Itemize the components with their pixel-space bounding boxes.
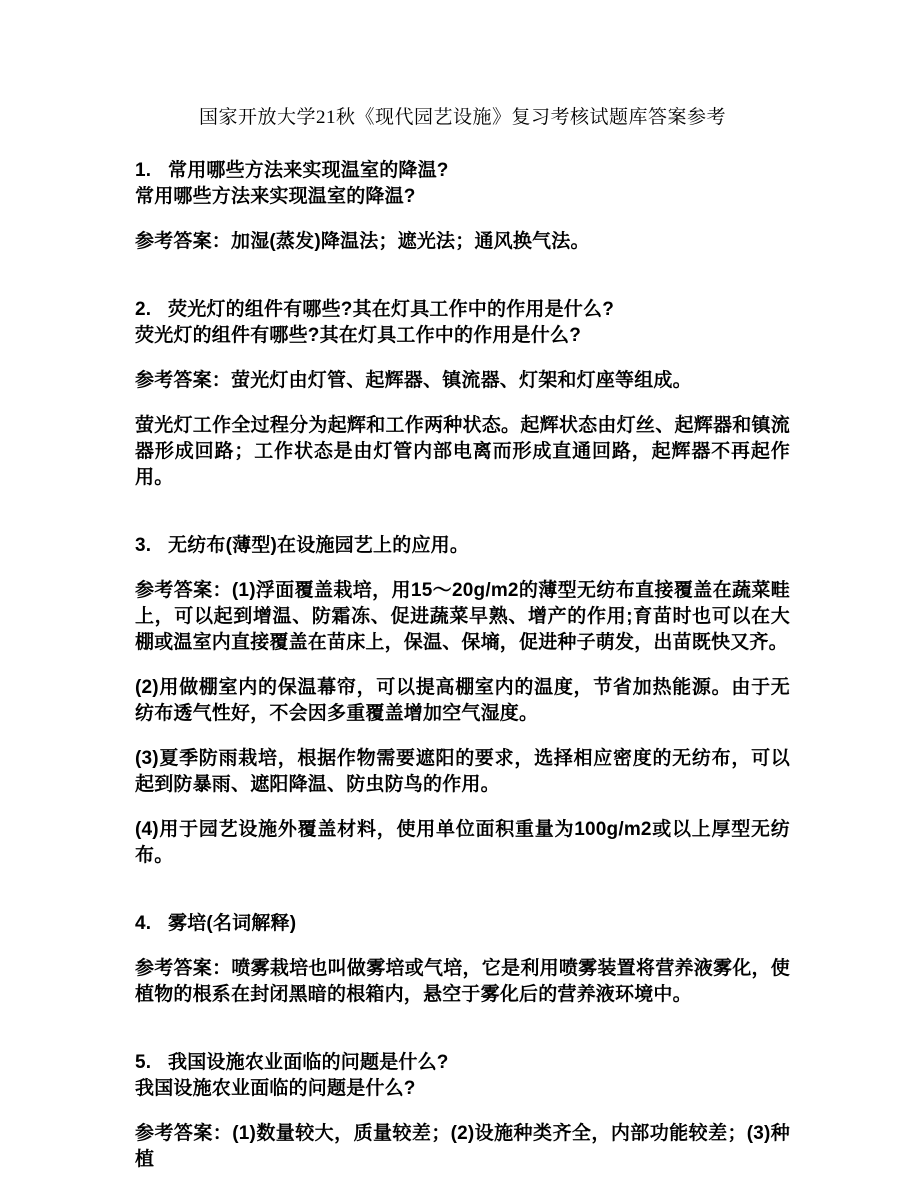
answer-paragraph: 萤光灯工作全过程分为起辉和工作两种状态。起辉状态由灯丝、起辉器和镇流器形成回路；… [135, 413, 790, 491]
question-text: 雾培(名词解释) [168, 913, 296, 934]
question-block: 3.无纺布(薄型)在设施园艺上的应用。 参考答案：(1)浮面覆盖栽培，用15～2… [135, 533, 790, 869]
answer-paragraph: 参考答案：(1)数量较大，质量较差；(2)设施种类齐全，内部功能较差；(3)种植 [135, 1121, 790, 1173]
question-line: 4.雾培(名词解释) [135, 911, 790, 937]
answer-paragraph: (3)夏季防雨栽培，根据作物需要遮阳的要求，选择相应密度的无纺布，可以起到防暴雨… [135, 746, 790, 798]
question-line: 2.荧光灯的组件有哪些?其在灯具工作中的作用是什么? [135, 297, 790, 323]
answer-paragraph: 参考答案：加湿(蒸发)降温法；遮光法；通风换气法。 [135, 229, 790, 255]
question-number: 3. [135, 533, 168, 559]
question-repeat-line: 常用哪些方法来实现温室的降温? [135, 184, 790, 210]
question-number: 1. [135, 158, 168, 184]
answer-paragraph: (4)用于园艺设施外覆盖材料，使用单位面积重量为100g/m2或以上厚型无纺布。 [135, 817, 790, 869]
question-repeat-line: 荧光灯的组件有哪些?其在灯具工作中的作用是什么? [135, 323, 790, 349]
question-block: 1.常用哪些方法来实现温室的降温? 常用哪些方法来实现温室的降温? 参考答案：加… [135, 158, 790, 255]
question-line: 3.无纺布(薄型)在设施园艺上的应用。 [135, 533, 790, 559]
question-list: 1.常用哪些方法来实现温室的降温? 常用哪些方法来实现温室的降温? 参考答案：加… [135, 158, 790, 1173]
question-text: 无纺布(薄型)在设施园艺上的应用。 [168, 535, 469, 556]
question-repeat-line: 我国设施农业面临的问题是什么? [135, 1076, 790, 1102]
answer-paragraph: 参考答案：萤光灯由灯管、起辉器、镇流器、灯架和灯座等组成。 [135, 368, 790, 394]
document-title: 国家开放大学21秋《现代园艺设施》复习考核试题库答案参考 [135, 105, 790, 131]
answer-paragraph: 参考答案：喷雾栽培也叫做雾培或气培，它是利用喷雾装置将营养液雾化，使植物的根系在… [135, 956, 790, 1008]
question-block: 5.我国设施农业面临的问题是什么? 我国设施农业面临的问题是什么? 参考答案：(… [135, 1050, 790, 1173]
question-text: 荧光灯的组件有哪些?其在灯具工作中的作用是什么? [168, 299, 614, 320]
document-page: 国家开放大学21秋《现代园艺设施》复习考核试题库答案参考 1.常用哪些方法来实现… [0, 0, 920, 1191]
question-block: 2.荧光灯的组件有哪些?其在灯具工作中的作用是什么? 荧光灯的组件有哪些?其在灯… [135, 297, 790, 491]
question-line: 1.常用哪些方法来实现温室的降温? [135, 158, 790, 184]
question-number: 5. [135, 1050, 168, 1076]
question-block: 4.雾培(名词解释) 参考答案：喷雾栽培也叫做雾培或气培，它是利用喷雾装置将营养… [135, 911, 790, 1008]
question-text: 我国设施农业面临的问题是什么? [168, 1052, 449, 1073]
answer-paragraph: 参考答案：(1)浮面覆盖栽培，用15～20g/m2的薄型无纺布直接覆盖在蔬菜畦上… [135, 578, 790, 656]
question-text: 常用哪些方法来实现温室的降温? [168, 160, 449, 181]
question-number: 4. [135, 911, 168, 937]
question-line: 5.我国设施农业面临的问题是什么? [135, 1050, 790, 1076]
answer-paragraph: (2)用做棚室内的保温幕帘，可以提高棚室内的温度，节省加热能源。由于无纺布透气性… [135, 675, 790, 727]
question-number: 2. [135, 297, 168, 323]
